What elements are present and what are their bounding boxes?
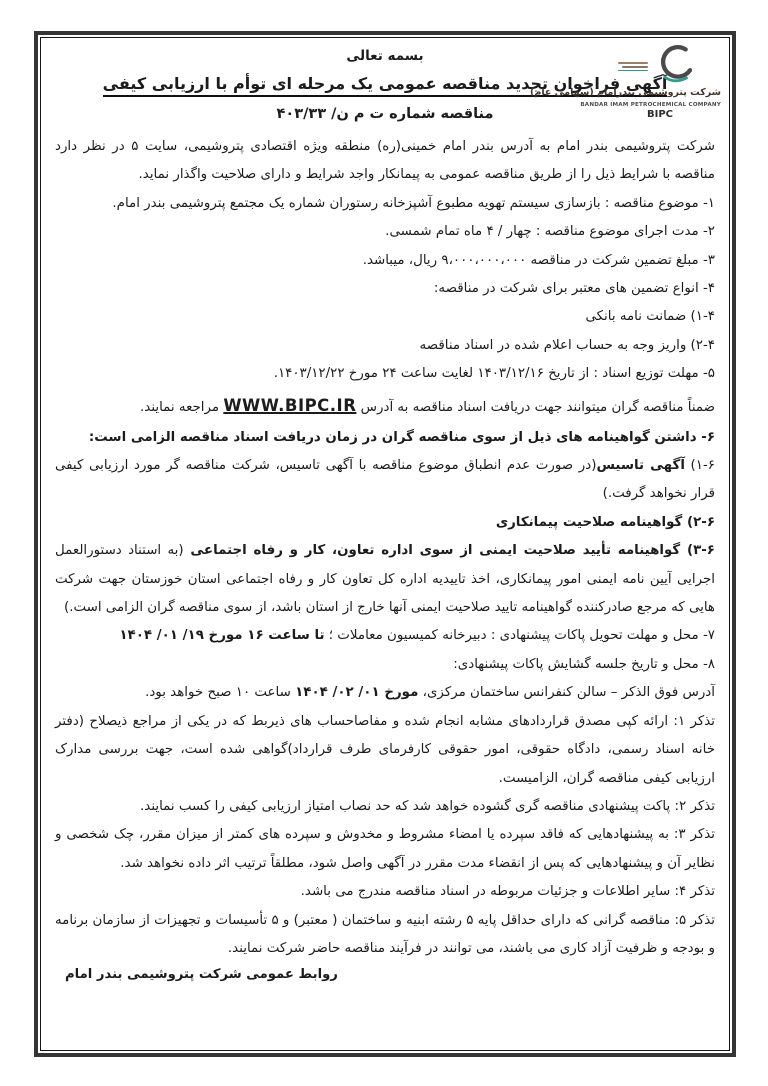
paragraph-text: گواهینامه تأیید صلاحیت ایمنی از سوی ادار… (184, 543, 681, 558)
logo-graphic (599, 43, 721, 87)
paragraph-text: ساعت ۱۰ صبح خواهد بود. (145, 685, 295, 700)
logo-micro-text (618, 60, 648, 71)
paragraph: ۴- انواع تضمین های معتبر برای شرکت در من… (55, 275, 715, 303)
logo-abbreviation: BIPC (599, 109, 721, 121)
paragraph-text: ۱-۴) ضمانت نامه بانکی (585, 309, 715, 324)
paragraph-text: آدرس فوق الذکر – سالن کنفرانس ساختمان مر… (418, 685, 715, 700)
paragraph: تذکر ۵: مناقصه گرانی که دارای حداقل پایه… (55, 907, 715, 964)
paragraph: ۲- مدت اجرای موضوع مناقصه : چهار / ۴ ماه… (55, 218, 715, 246)
paragraph-text: ۱- موضوع مناقصه : بازسازی سیستم تهویه مط… (112, 196, 715, 211)
signature-line: روابط عمومی شرکت پتروشیمی بندر امام (55, 967, 715, 982)
paragraph-text: ۱-۶) (685, 458, 715, 473)
paragraph-text: تذکر ۴: سایر اطلاعات و جزئیات مربوطه در … (301, 884, 715, 899)
paragraph: تذکر ۴: سایر اطلاعات و جزئیات مربوطه در … (55, 878, 715, 906)
logo-english-name: BANDAR IMAM PETROCHEMICAL COMPANY (599, 102, 721, 108)
company-logo: شرکت پتروشیمی بندرامام (سهامی عام) BANDA… (599, 43, 721, 121)
paragraph: ۶- داشتن گواهینامه های ذیل از سوی مناقصه… (55, 424, 715, 452)
paragraph-text: ۲- مدت اجرای موضوع مناقصه : چهار / ۴ ماه… (385, 224, 715, 239)
bipc-website-link[interactable]: WWW.BIPC.IR (223, 396, 356, 415)
paragraph-text: ۲-۶) گواهینامه صلاحیت پیمانکاری (496, 515, 715, 530)
document-body: شرکت پتروشیمی بندر امام به آدرس بندر اما… (55, 133, 715, 963)
paragraph-text: تذکر ۳: به پیشنهادهایی که فاقد سپرده یا … (55, 827, 715, 870)
paragraph-text: مورخ ۰۱/ ۰۲/ ۱۴۰۴ (295, 685, 418, 700)
paragraph-text: تذکر ۲: پاکت پیشنهادی مناقصه گری گشوده خ… (140, 799, 715, 814)
paragraph-text: ۳- مبلغ تضمین شرکت در مناقصه ۹،۰۰۰،۰۰۰،۰… (363, 253, 715, 268)
paragraph: ۱-۶) آگهی تاسیس(در صورت عدم انطباق موضوع… (55, 452, 715, 509)
paragraph: ۱-۴) ضمانت نامه بانکی (55, 303, 715, 331)
paragraph: ۲-۴) واریز وجه به حساب اعلام شده در اسنا… (55, 332, 715, 360)
paragraph: ۲-۶) گواهینامه صلاحیت پیمانکاری (55, 509, 715, 537)
paragraph-text: ۲-۴) واریز وجه به حساب اعلام شده در اسنا… (420, 338, 715, 353)
paragraph-text: ۷- محل و مهلت تحویل پاکات پیشنهادی : دبی… (325, 628, 715, 643)
document-frame: شرکت پتروشیمی بندرامام (سهامی عام) BANDA… (40, 37, 730, 1051)
paragraph: ۳- مبلغ تضمین شرکت در مناقصه ۹،۰۰۰،۰۰۰،۰… (55, 247, 715, 275)
paragraph: ۳-۶) گواهینامه تأیید صلاحیت ایمنی از سوی… (55, 537, 715, 622)
paragraph: ۸- محل و تاریخ جلسه گشایش پاکات پیشنهادی… (55, 651, 715, 679)
paragraph-text: ۸- محل و تاریخ جلسه گشایش پاکات پیشنهادی… (453, 657, 715, 672)
logo-swirl-icon (651, 43, 703, 87)
paragraph: شرکت پتروشیمی بندر امام به آدرس بندر اما… (55, 133, 715, 190)
logo-persian-name: شرکت پتروشیمی بندرامام (سهامی عام) (599, 88, 721, 99)
paragraph-text: ۶- داشتن گواهینامه های ذیل از سوی مناقصه… (89, 430, 715, 445)
paragraph-text: تذکر ۱: ارائه کپی مصدق قراردادهای مشابه … (55, 714, 715, 786)
paragraph-text: ۵- مهلت توزیع اسناد : از تاریخ ۱۴۰۳/۱۲/۱… (274, 366, 715, 381)
page: { "header": { "bismillah": "بسمه تعالی",… (0, 0, 768, 1086)
paragraph: تذکر ۱: ارائه کپی مصدق قراردادهای مشابه … (55, 708, 715, 793)
paragraph: تذکر ۳: به پیشنهادهایی که فاقد سپرده یا … (55, 821, 715, 878)
paragraph-text: ۴- انواع تضمین های معتبر برای شرکت در من… (434, 281, 715, 296)
paragraph: تذکر ۲: پاکت پیشنهادی مناقصه گری گشوده خ… (55, 793, 715, 821)
paragraph: ۵- مهلت توزیع اسناد : از تاریخ ۱۴۰۳/۱۲/۱… (55, 360, 715, 388)
paragraph-text: تذکر ۵: مناقصه گرانی که دارای حداقل پایه… (55, 913, 715, 956)
paragraph: ۷- محل و مهلت تحویل پاکات پیشنهادی : دبی… (55, 622, 715, 650)
paragraph: آدرس فوق الذکر – سالن کنفرانس ساختمان مر… (55, 679, 715, 707)
paragraph: ۱- موضوع مناقصه : بازسازی سیستم تهویه مط… (55, 190, 715, 218)
paragraph-text: ضمناً مناقصه گران میتوانند جهت دریافت اس… (356, 400, 715, 415)
paragraph-text: ۳-۶) (680, 543, 715, 558)
paragraph-text: مراجعه نمایند. (140, 400, 223, 415)
paragraph-text: آگهی تاسیس (596, 458, 684, 473)
paragraph-text: تا ساعت ۱۶ مورخ ۱۹/ ۰۱/ ۱۴۰۴ (119, 628, 324, 643)
paragraph-text: شرکت پتروشیمی بندر امام به آدرس بندر اما… (55, 139, 715, 182)
paragraph: ضمناً مناقصه گران میتوانند جهت دریافت اس… (55, 389, 715, 424)
